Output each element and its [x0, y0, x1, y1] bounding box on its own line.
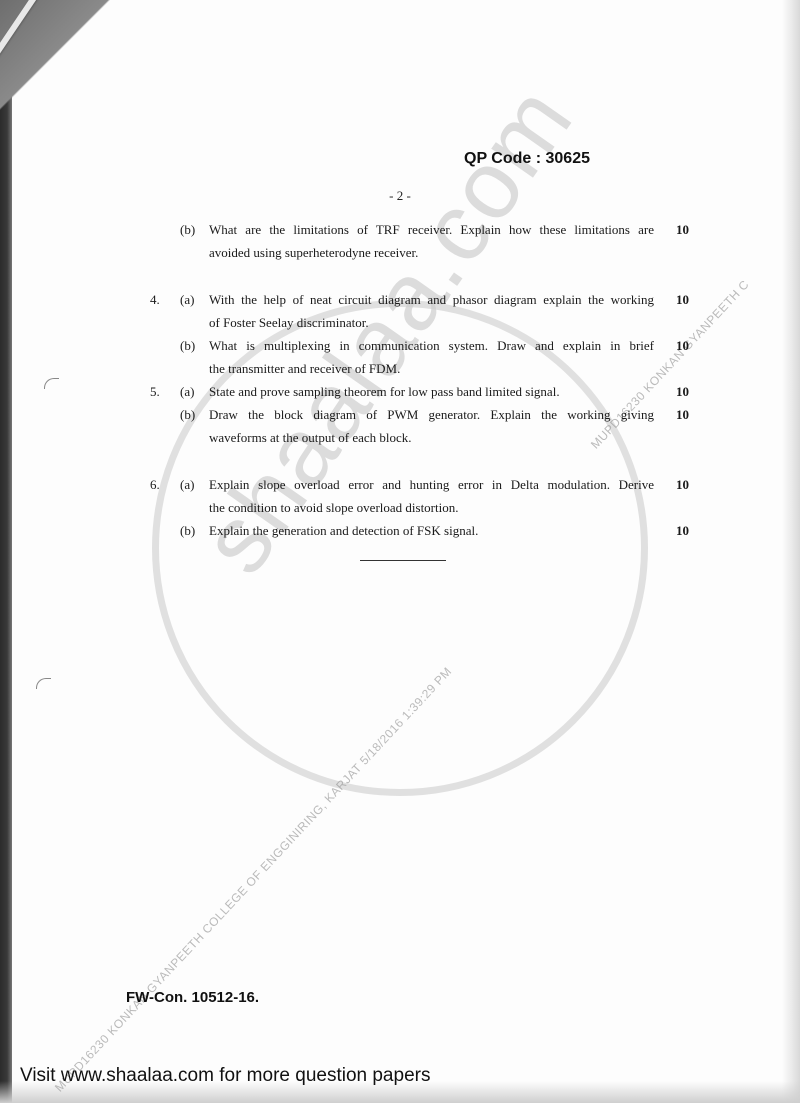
- question-marks: 10: [676, 288, 696, 311]
- footer-code: FW-Con. 10512-16.: [126, 989, 259, 1006]
- question-text: State and prove sampling theorem for low…: [209, 380, 654, 403]
- question-text: Explain slope overload error and hunting…: [209, 473, 654, 519]
- question-number: 6.: [150, 473, 170, 496]
- question-line: waveforms at the output of each block.: [209, 426, 654, 449]
- question-text: What are the limitations of TRF receiver…: [209, 218, 654, 264]
- question-marks: 10: [676, 403, 696, 426]
- question-marks: 10: [676, 473, 696, 496]
- question-part: (a): [180, 380, 204, 403]
- scan-left-edge: [0, 0, 12, 1103]
- question-marks: 10: [676, 218, 696, 241]
- question-marks: 10: [676, 380, 696, 403]
- question-text: What is multiplexing in communication sy…: [209, 334, 654, 380]
- question-part: (a): [180, 473, 204, 496]
- question-line: State and prove sampling theorem for low…: [209, 380, 654, 403]
- question-line: Explain the generation and detection of …: [209, 519, 654, 542]
- question-line: the condition to avoid slope overload di…: [209, 496, 654, 519]
- page-number: - 2 -: [389, 188, 411, 204]
- question-line: of Foster Seelay discriminator.: [209, 311, 654, 334]
- question-marks: 10: [676, 334, 696, 357]
- question-line: Explain slope overload error and hunting…: [209, 473, 654, 496]
- question-line: avoided using superheterodyne receiver.: [209, 241, 654, 264]
- question-text: With the help of neat circuit diagram an…: [209, 288, 654, 334]
- end-of-paper-rule: [360, 560, 446, 561]
- question-part: (b): [180, 403, 204, 426]
- punch-hole-mark: [44, 378, 59, 389]
- question-line: What are the limitations of TRF receiver…: [209, 218, 654, 241]
- question-line: What is multiplexing in communication sy…: [209, 334, 654, 357]
- question-line: With the help of neat circuit diagram an…: [209, 288, 654, 311]
- question-part: (a): [180, 288, 204, 311]
- question-text: Explain the generation and detection of …: [209, 519, 654, 542]
- question-line: the transmitter and receiver of FDM.: [209, 357, 654, 380]
- question-part: (b): [180, 519, 204, 542]
- question-text: Draw the block diagram of PWM generator.…: [209, 403, 654, 449]
- question-number: 5.: [150, 380, 170, 403]
- visit-banner: Visit www.shaalaa.com for more question …: [20, 1065, 430, 1087]
- question-number: 4.: [150, 288, 170, 311]
- question-part: (b): [180, 218, 204, 241]
- question-marks: 10: [676, 519, 696, 542]
- punch-hole-mark: [36, 678, 51, 689]
- scan-right-edge: [782, 0, 800, 1103]
- question-part: (b): [180, 334, 204, 357]
- question-line: Draw the block diagram of PWM generator.…: [209, 403, 654, 426]
- qp-code: QP Code : 30625: [464, 150, 590, 168]
